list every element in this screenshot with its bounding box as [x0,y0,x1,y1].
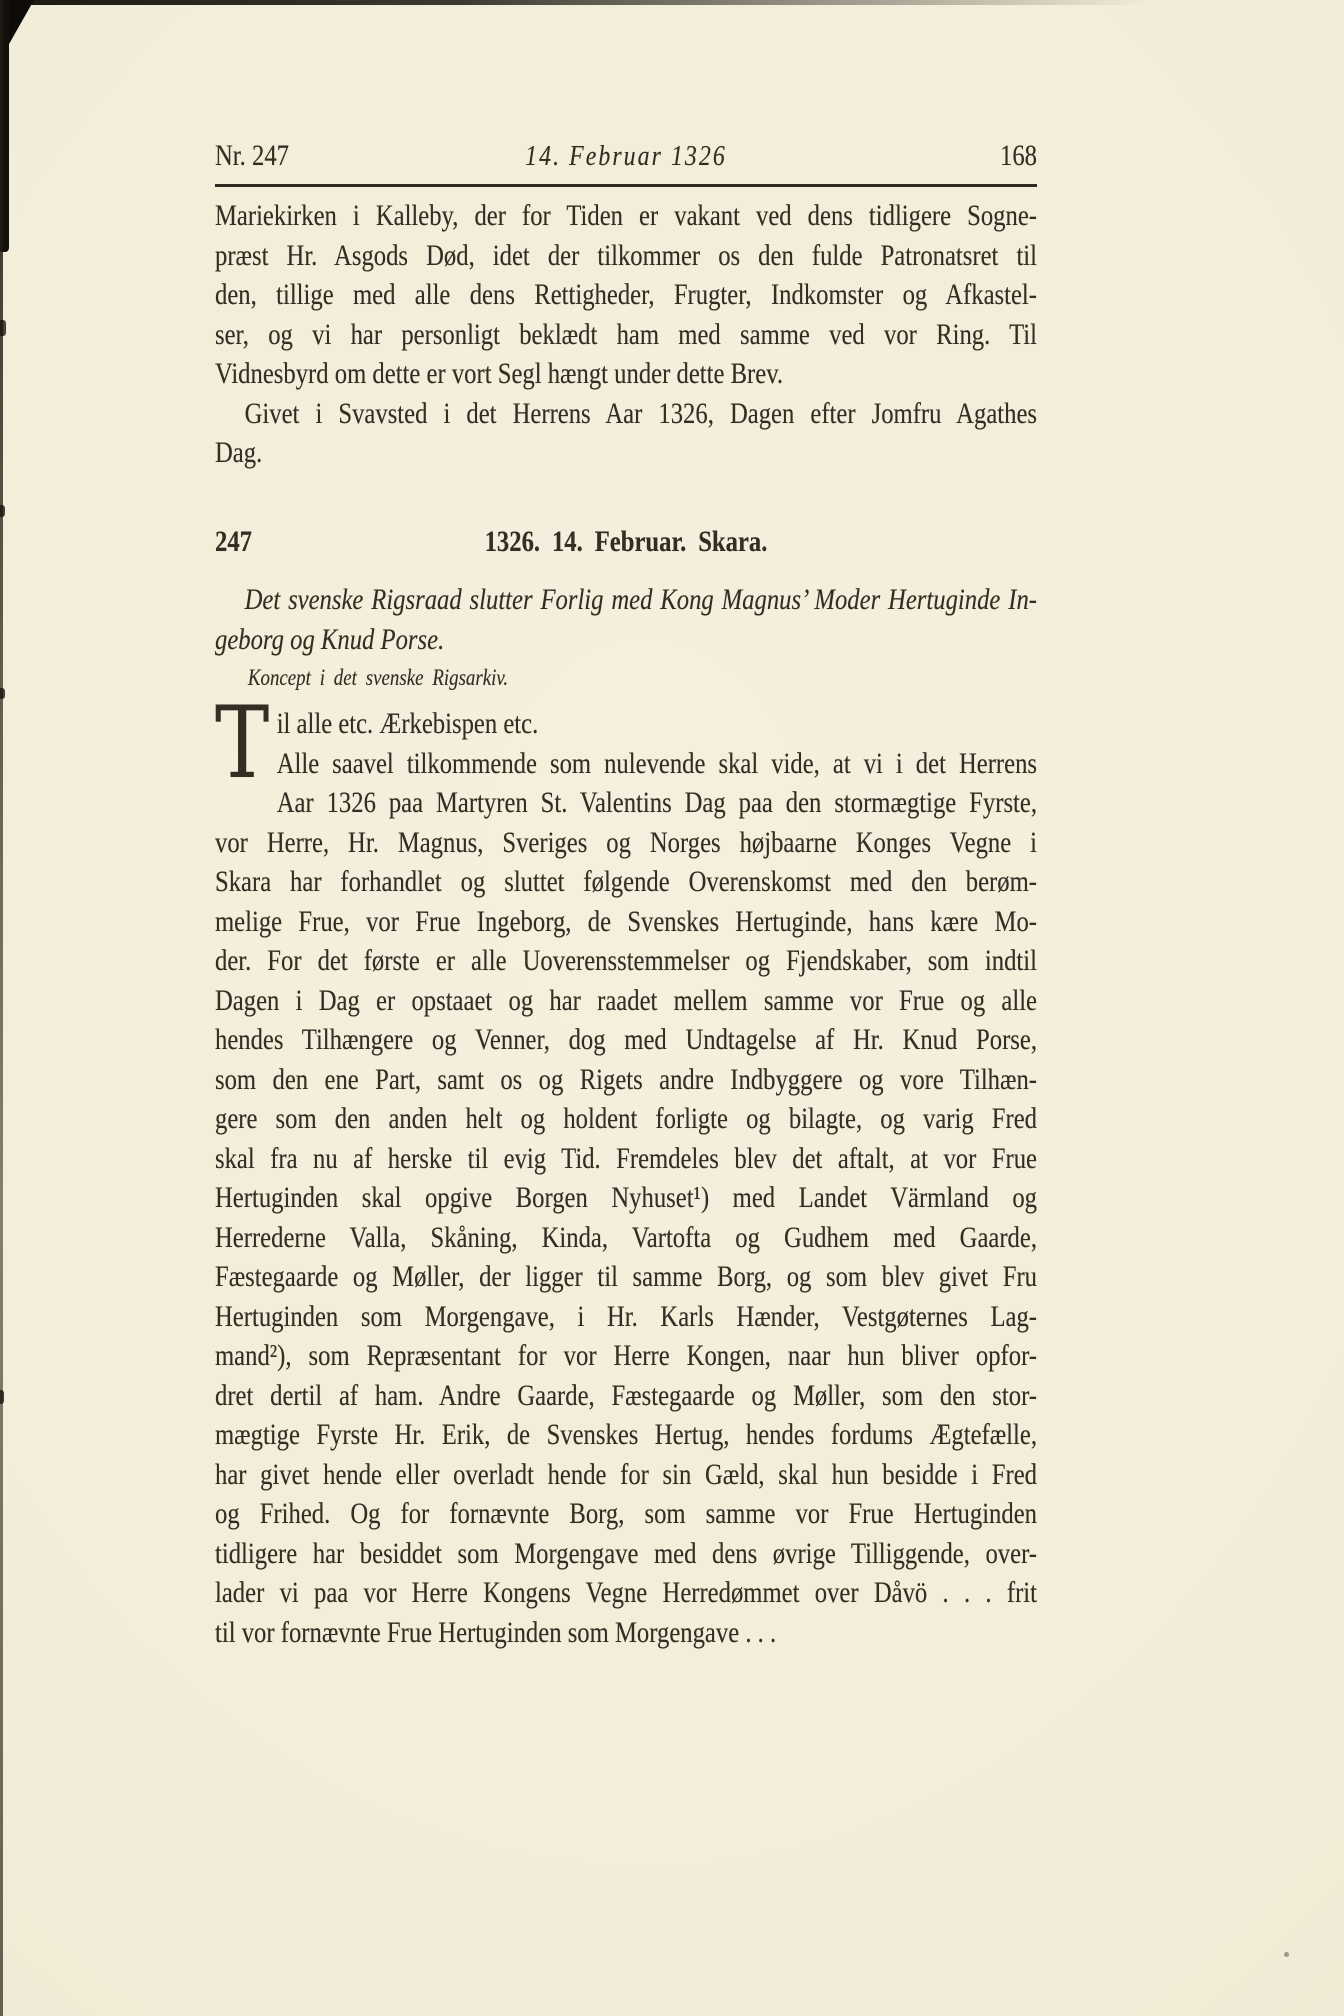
page-number: 168 [1000,138,1037,174]
text-line: Fæstegaarde og Møller, der ligger til sa… [215,1257,1037,1297]
text-line: Dag. [215,433,1037,473]
text-line: Herrederne Valla, Skåning, Kinda, Vartof… [215,1218,1037,1258]
text-line: melige Frue, vor Frue Ingeborg, de Svens… [215,902,1037,942]
text-line: har givet hende eller overladt hende for… [215,1455,1037,1495]
text-line: den, tillige med alle dens Rettigheder, … [215,275,1037,315]
scan-speck [1284,1952,1289,1957]
scanned-book-page: Nr. 247 14. Februar 1326 168 Mariekirken… [0,0,1344,2016]
text-line: Givet i Svavsted i det Herrens Aar 1326,… [215,394,1037,434]
text-line: Mariekirken i Kalleby, der for Tiden er … [215,196,1037,236]
scan-edge-speck [0,688,5,699]
text-line: Dagen i Dag er opstaaet og har raadet me… [215,981,1037,1021]
text-line: Vidnesbyrd om dette er vort Segl hængt u… [215,354,1037,394]
text-line: lader vi paa vor Herre Kongens Vegne Her… [215,1573,1037,1613]
text-line: Skara har forhandlet og sluttet følgende… [215,862,1037,902]
entry-date-place: 1326. 14. Februar. Skara. [485,525,768,558]
running-header: Nr. 247 14. Februar 1326 168 [215,138,1037,174]
scan-edge-speck [0,320,6,336]
text-line: skal fra nu af herske til evig Tid. Frem… [215,1139,1037,1179]
text-line: Hertuginden skal opgive Borgen Nyhuset¹)… [215,1178,1037,1218]
entry-body-lines: il alle etc. Ærkebispen etc.Alle saavel … [215,704,1037,1652]
text-line: geborg og Knud Porse. [215,620,1037,660]
text-line: gere som den anden helt og holdent forli… [215,1099,1037,1139]
scan-edge-speck [0,505,5,517]
text-line: der. For det første er alle Uoverensstem… [215,941,1037,981]
text-line: og Frihed. Og for fornævnte Borg, som sa… [215,1494,1037,1534]
source-note: Koncept i det svenske Rigsarkiv. [215,664,1070,692]
text-line: mand²), som Repræsentant for vor Herre K… [215,1336,1037,1376]
entry-heading-row: 247 1326. 14. Februar. Skara. [215,522,1037,561]
entry-summary: Det svenske Rigsraad slutter Forlig med … [215,580,1037,660]
previous-entry-text: Mariekirken i Kalleby, der for Tiden er … [215,196,1037,473]
text-line: mægtige Fyrste Hr. Erik, de Svenskes Her… [215,1415,1037,1455]
drop-cap-initial: T [215,705,269,784]
text-line: vor Herre, Hr. Magnus, Sveriges og Norge… [215,823,1037,863]
text-column: Nr. 247 14. Februar 1326 168 Mariekirken… [215,0,1037,2016]
text-line: ser, og vi har personligt beklædt ham me… [215,315,1037,355]
scan-left-edge-line [0,0,3,2016]
text-line: præst Hr. Asgods Død, idet der tilkommer… [215,236,1037,276]
text-line: Hertuginden som Morgengave, i Hr. Karls … [215,1297,1037,1337]
header-rule [215,184,1037,187]
text-line: Alle saavel tilkommende som nulevende sk… [215,744,1037,784]
running-date: 14. Februar 1326 [215,138,1037,174]
entry-number: 247 [215,522,252,561]
text-line: hendes Tilhængere og Venner, dog med Und… [215,1020,1037,1060]
text-line: Aar 1326 paa Martyren St. Valentins Dag … [215,783,1037,823]
text-line: tidligere har besiddet som Morgengave me… [215,1534,1037,1574]
text-line: til vor fornævnte Frue Hertuginden som M… [215,1613,1037,1653]
text-line: som den ene Part, samt os og Rigets andr… [215,1060,1037,1100]
text-line: il alle etc. Ærkebispen etc. [215,704,1037,744]
text-line: Det svenske Rigsraad slutter Forlig med … [215,580,1037,620]
entry-body: T il alle etc. Ærkebispen etc.Alle saave… [215,704,1037,1652]
text-line: dret dertil af ham. Andre Gaarde, Fæsteg… [215,1376,1037,1416]
running-entry-number: Nr. 247 [215,138,289,174]
scan-edge-speck [0,1390,4,1404]
